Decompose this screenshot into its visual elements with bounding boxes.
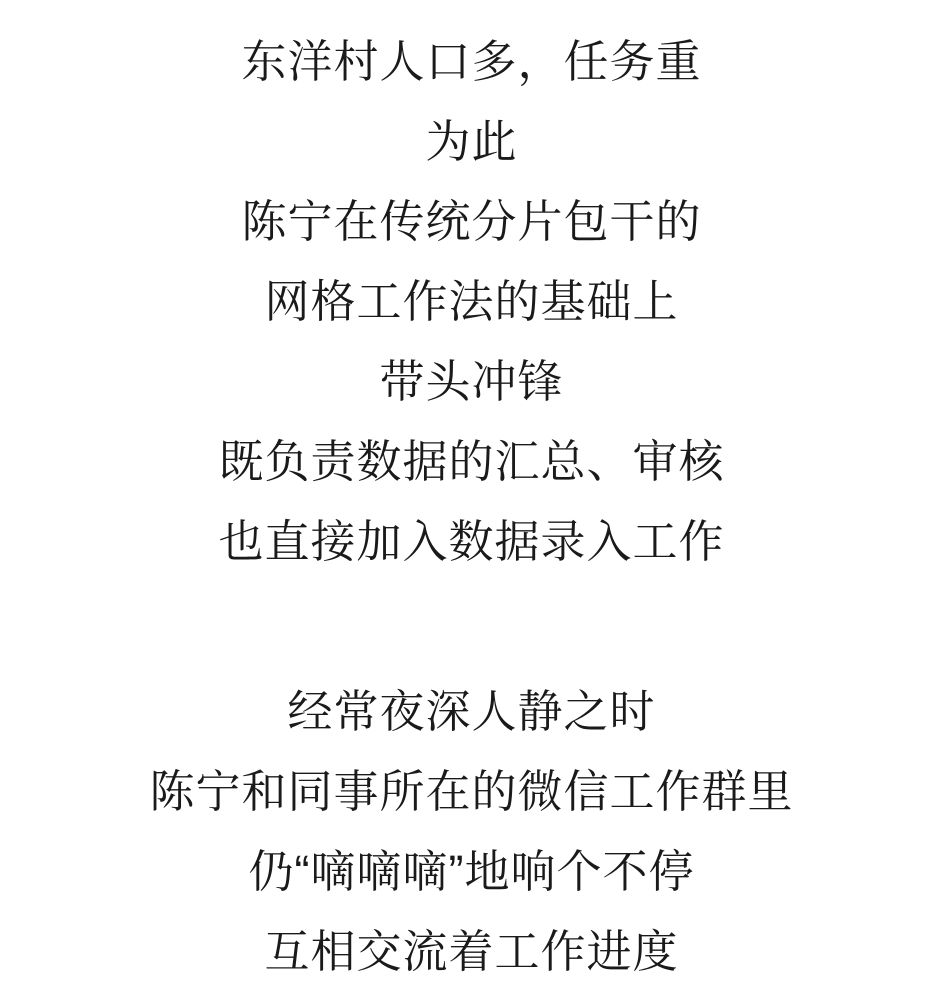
subtitle-stack: 东洋村人口多，任务重 为此 陈宁在传统分片包干的 网格工作法的基础上 带头冲锋 … [0,0,943,992]
subtitle-line: 陈宁和同事所在的微信工作群里 [0,752,943,832]
stanza-1: 东洋村人口多，任务重 为此 陈宁在传统分片包干的 网格工作法的基础上 带头冲锋 … [0,22,943,582]
subtitle-line: 陈宁在传统分片包干的 [0,182,943,262]
subtitle-line: 既负责数据的汇总、审核 [0,422,943,502]
subtitle-line: 为此 [0,102,943,182]
subtitle-line: 互相交流着工作进度 [0,912,943,992]
subtitle-line: 东洋村人口多，任务重 [0,22,943,102]
subtitle-line: 也直接加入数据录入工作 [0,502,943,582]
subtitle-line: 仍“嘀嘀嘀”地响个不停 [0,832,943,912]
subtitle-line: 经常夜深人静之时 [0,672,943,752]
stanza-2: 经常夜深人静之时 陈宁和同事所在的微信工作群里 仍“嘀嘀嘀”地响个不停 互相交流… [0,672,943,992]
subtitle-line: 带头冲锋 [0,342,943,422]
subtitle-line: 网格工作法的基础上 [0,262,943,342]
